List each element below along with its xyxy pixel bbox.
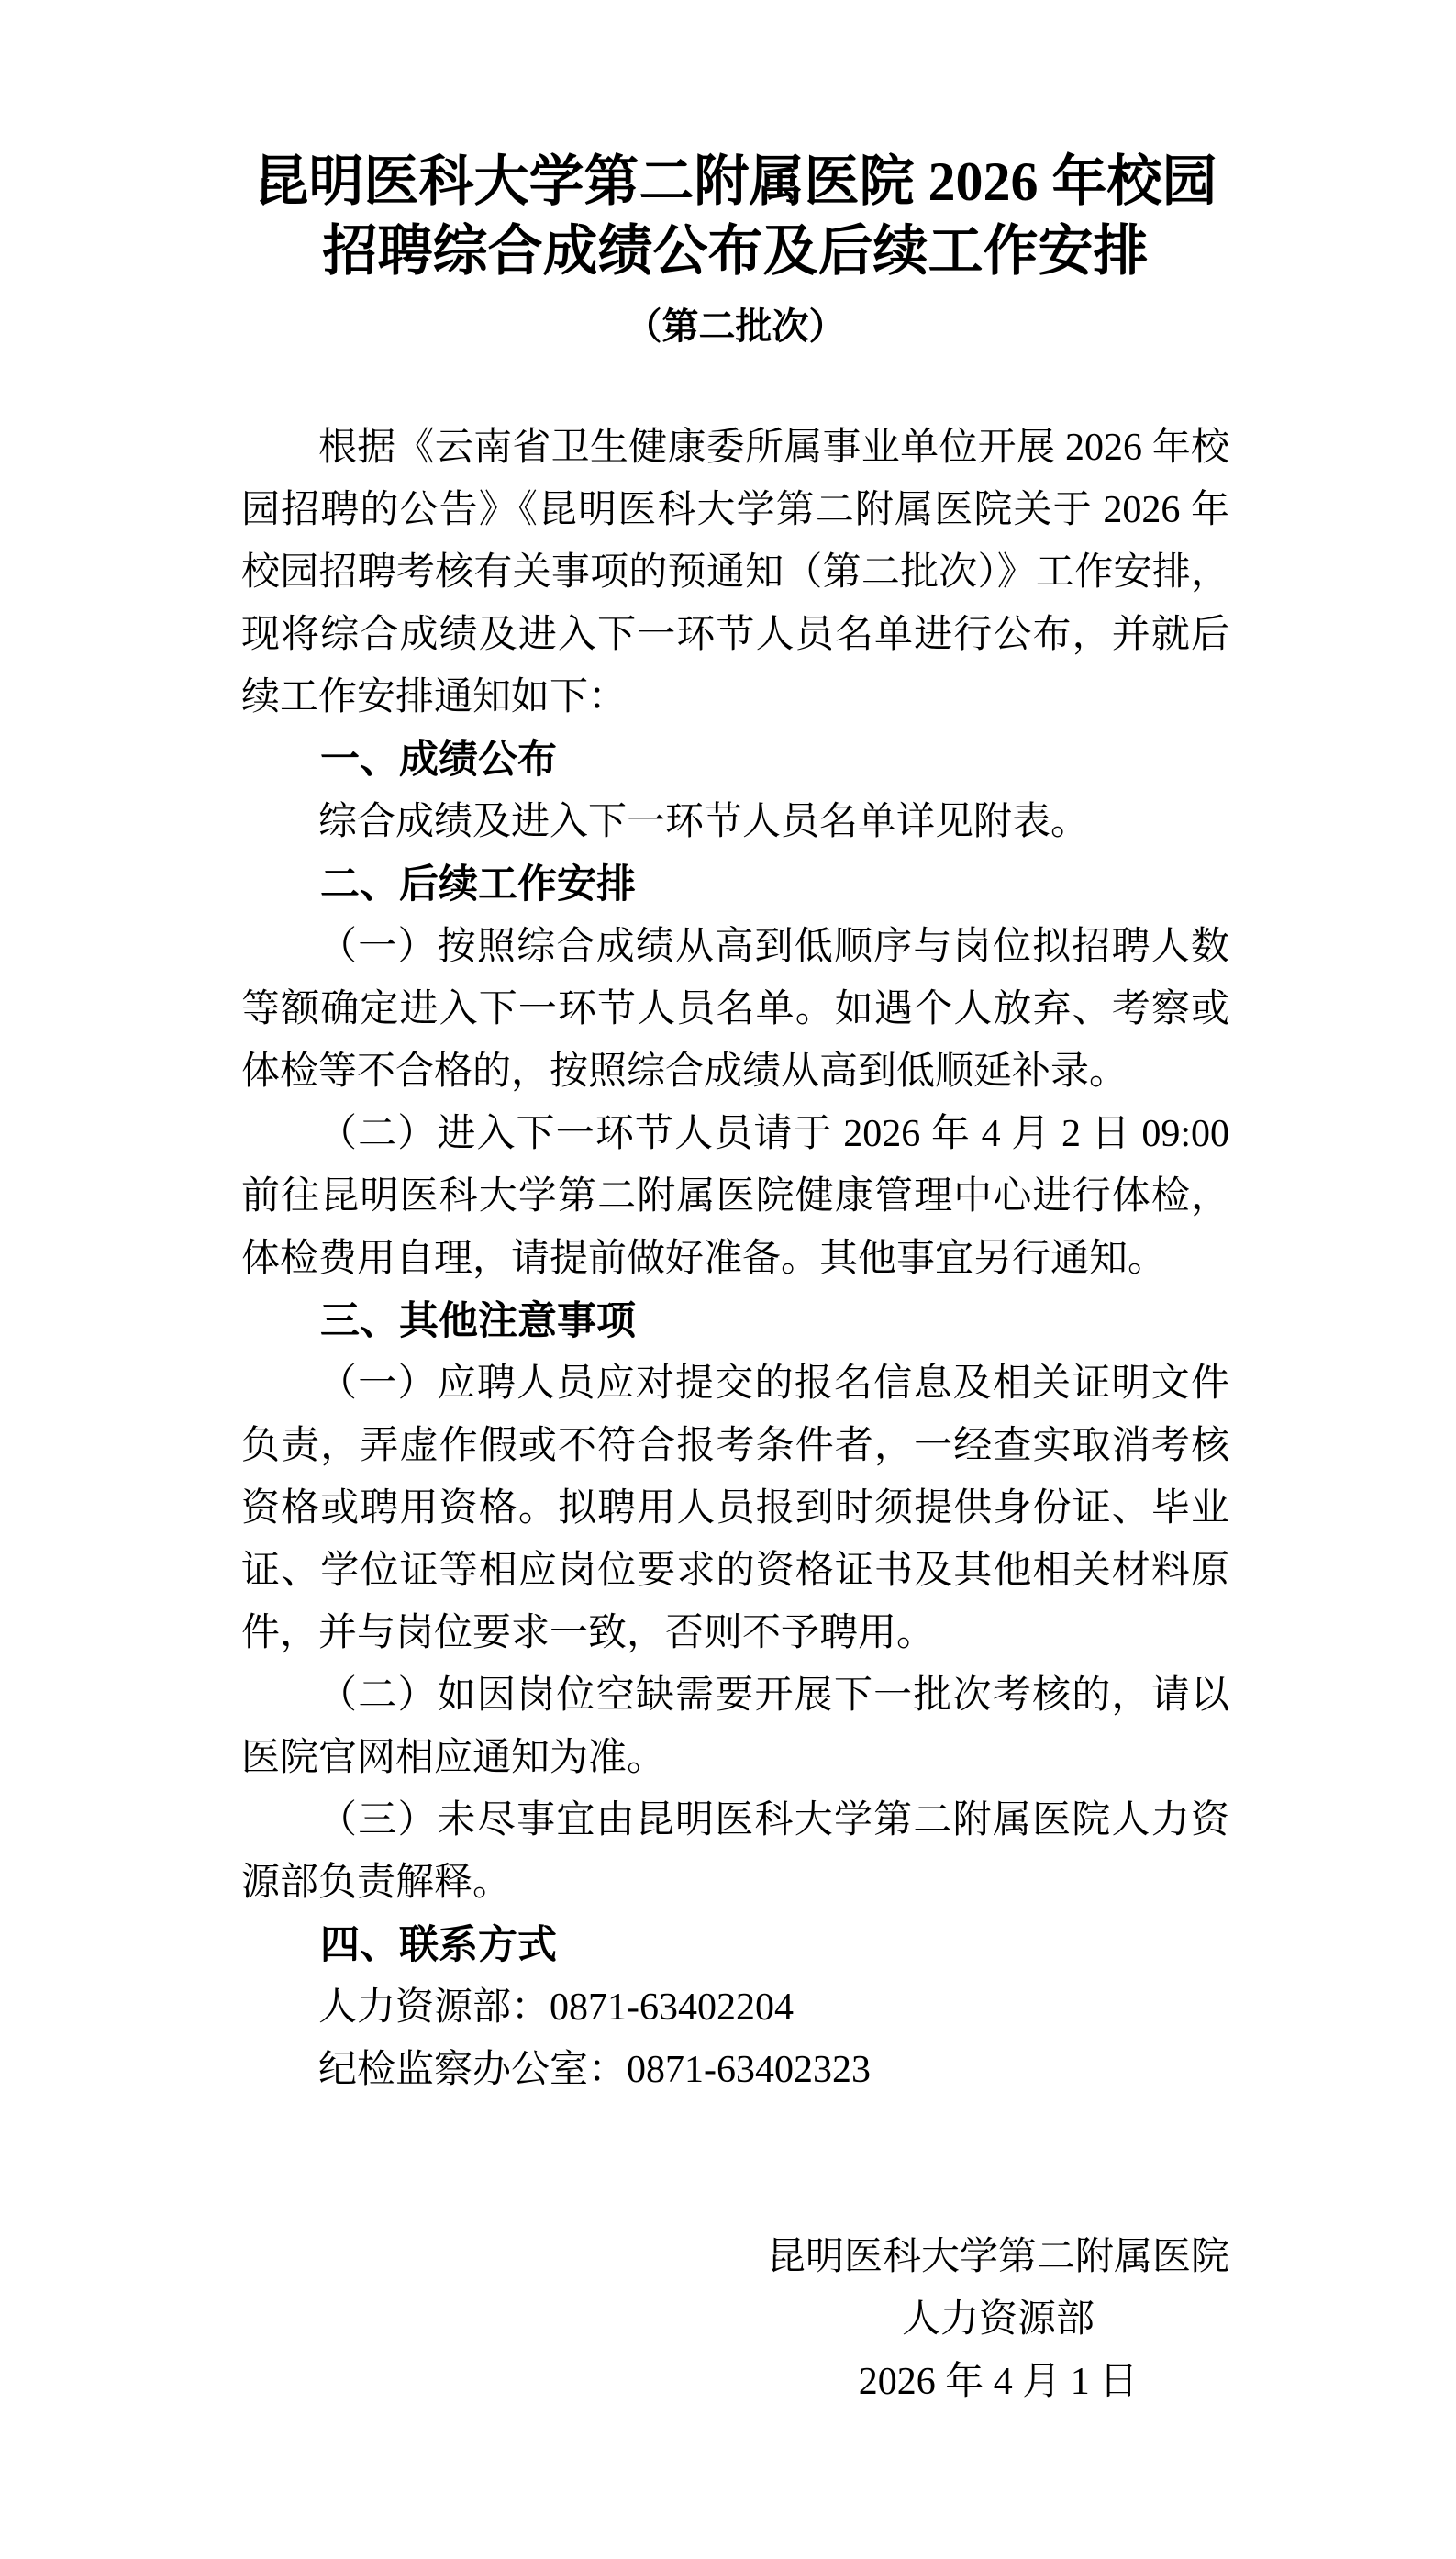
section-3-heading: 三、其他注意事项 — [241, 1290, 1229, 1352]
section-1-heading: 一、成绩公布 — [241, 729, 1229, 791]
doc-title: 昆明医科大学第二附属医院 2026 年校园 招聘综合成绩公布及后续工作安排 — [241, 147, 1229, 286]
doc-title-line-2: 招聘综合成绩公布及后续工作安排 — [241, 217, 1229, 286]
signature-block: 昆明医科大学第二附属医院 人力资源部 2026 年 4 月 1 日 — [767, 2226, 1229, 2413]
signature-date: 2026 年 4 月 1 日 — [767, 2351, 1229, 2413]
contact-hr-phone: 人力资源部：0871-63402204 — [241, 1976, 1229, 2039]
doc-subtitle: （第二批次） — [241, 301, 1229, 352]
section-3-paragraph-1: （一）应聘人员应对提交的报名信息及相关证明文件负责，弄虚作假或不符合报考条件者，… — [241, 1352, 1229, 1664]
section-1-paragraph-1: 综合成绩及进入下一环节人员名单详见附表。 — [241, 791, 1229, 853]
signature-department: 人力资源部 — [767, 2288, 1229, 2351]
contact-discipline-office-phone: 纪检监察办公室：0871-63402323 — [241, 2039, 1229, 2101]
section-2-paragraph-2: （二）进入下一环节人员请于 2026 年 4 月 2 日 09:00 前往昆明医… — [241, 1103, 1229, 1290]
section-3-paragraph-2: （二）如因岗位空缺需要开展下一批次考核的，请以医院官网相应通知为准。 — [241, 1664, 1229, 1789]
section-2-paragraph-1: （一）按照综合成绩从高到低顺序与岗位拟招聘人数等额确定进入下一环节人员名单。如遇… — [241, 916, 1229, 1103]
section-4-heading: 四、联系方式 — [241, 1914, 1229, 1976]
section-2-heading: 二、后续工作安排 — [241, 853, 1229, 916]
doc-body: 根据《云南省卫生健康委所属事业单位开展 2026 年校园招聘的公告》《昆明医科大… — [241, 417, 1229, 2101]
intro-paragraph: 根据《云南省卫生健康委所属事业单位开展 2026 年校园招聘的公告》《昆明医科大… — [241, 417, 1229, 729]
signature-org: 昆明医科大学第二附属医院 — [767, 2226, 1229, 2288]
doc-title-line-1: 昆明医科大学第二附属医院 2026 年校园 — [241, 147, 1229, 217]
document-page: 昆明医科大学第二附属医院 2026 年校园 招聘综合成绩公布及后续工作安排 （第… — [0, 0, 1456, 2559]
section-3-paragraph-3: （三）未尽事宜由昆明医科大学第二附属医院人力资源部负责解释。 — [241, 1789, 1229, 1914]
